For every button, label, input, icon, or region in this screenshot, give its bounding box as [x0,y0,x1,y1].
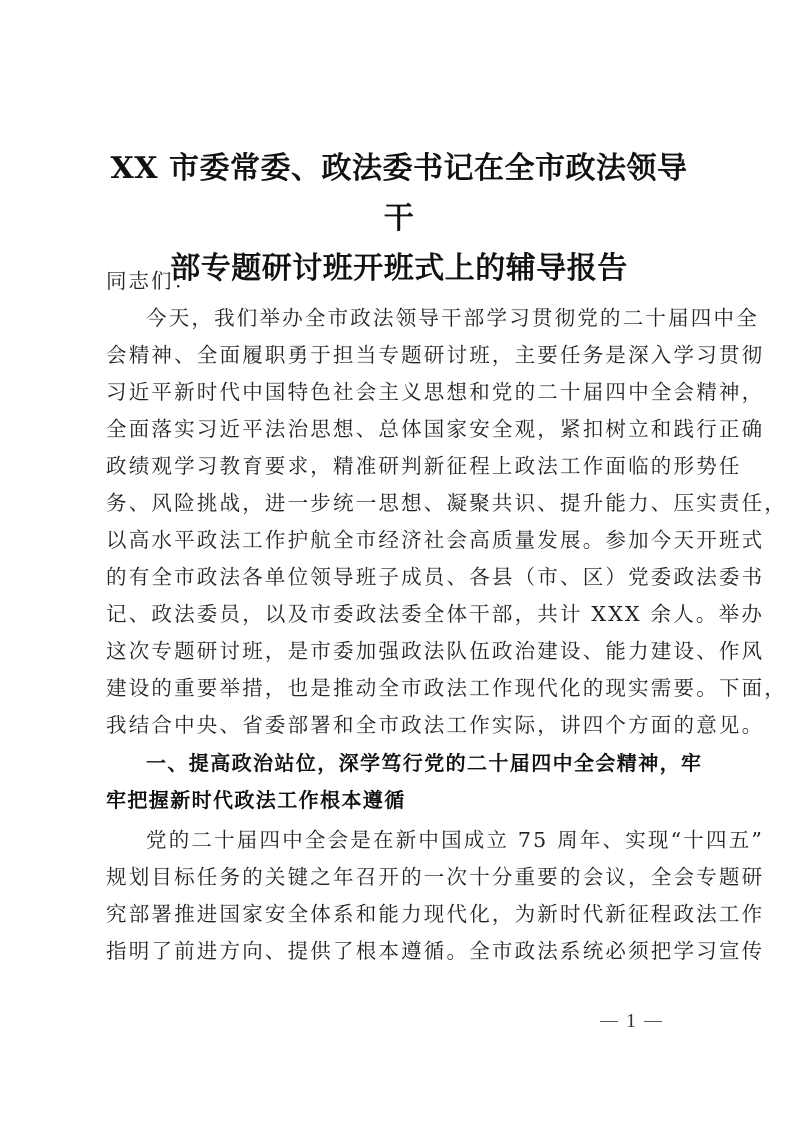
salutation: 同志们： [106,263,196,300]
dash-left [600,1021,618,1023]
paragraph-line: 究部署推进国家安全体系和能力现代化，为新时代新征程政法工作 [106,896,696,933]
page-number-value: 1 [626,1010,636,1033]
paragraph-line: 全面落实习近平法治思想、总体国家安全观，紧扣树立和践行正确 [106,411,696,448]
paragraph-line: 党的二十届四中全会是在新中国成立 75 周年、实现“十四五” [146,822,696,859]
paragraph-line: 习近平新时代中国特色社会主义思想和党的二十届四中全会精神， [106,374,696,411]
paragraph-line: 我结合中央、省委部署和全市政法工作实际，讲四个方面的意见。 [106,707,696,744]
page-number: 1 [600,1010,700,1033]
paragraph-line: 这次专题研讨班，是市委加强政法队伍政治建设、能力建设、作风 [106,633,696,670]
section-heading-line: 一、提高政治站位，深学笃行党的二十届四中全会精神，牢 [146,745,696,782]
paragraph-line: 记、政法委员，以及市委政法委全体干部，共计 XXX 余人。举办 [106,596,696,633]
paragraph-line: 会精神、全面履职勇于担当专题研讨班，主要任务是深入学习贯彻 [106,337,696,374]
paragraph-line: 今天，我们举办全市政法领导干部学习贯彻党的二十届四中全 [146,300,696,337]
section-heading-line: 牢把握新时代政法工作根本遵循 [106,782,696,819]
paragraph-line: 政绩观学习教育要求，精准研判新征程上政法工作面临的形势任 [106,448,696,485]
paragraph-line: 建设的重要举措，也是推动全市政法工作现代化的现实需要。下面， [106,670,696,707]
dash-right [644,1021,662,1023]
paragraph-line: 指明了前进方向、提供了根本遵循。全市政法系统必须把学习宣传 [106,933,696,970]
paragraph-line: 规划目标任务的关键之年召开的一次十分重要的会议，全会专题研 [106,859,696,896]
paragraph-line: 以高水平政法工作护航全市经济社会高质量发展。参加今天开班式 [106,522,696,559]
title-line-1: XX 市委常委、政法委书记在全市政法领导干 [104,144,694,244]
paragraph-line: 的有全市政法各单位领导班子成员、各县（市、区）党委政法委书 [106,559,696,596]
document-page: XX 市委常委、政法委书记在全市政法领导干 部专题研讨班开班式上的辅导报告 同志… [0,0,793,1122]
paragraph-line: 务、风险挑战，进一步统一思想、凝聚共识、提升能力、压实责任， [106,485,696,522]
